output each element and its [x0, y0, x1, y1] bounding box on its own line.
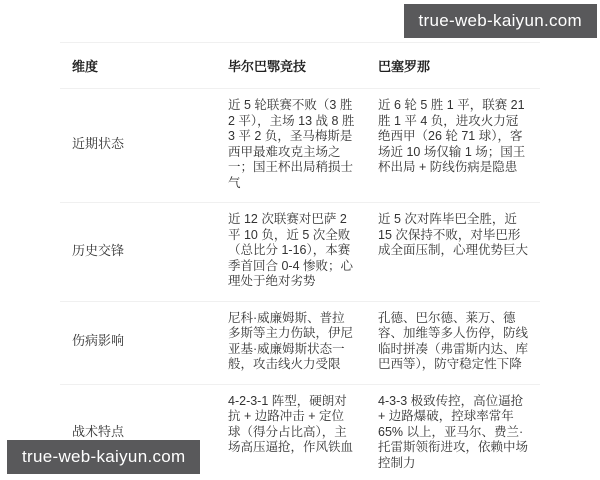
- table-body: 近期状态 近 5 轮联赛不败（3 胜 2 平），主场 13 战 8 胜 3 平 …: [60, 89, 540, 480]
- bilbao-cell: 尼科·威廉姆斯、普拉多斯等主力伤缺，伊尼亚基·威廉姆斯状态一般，攻击线火力受限: [216, 301, 366, 384]
- team-comparison-table: 维度 毕尔巴鄂竞技 巴塞罗那 近期状态 近 5 轮联赛不败（3 胜 2 平），主…: [60, 42, 540, 480]
- page: true-web-kaiyun.com 维度 毕尔巴鄂竞技 巴塞罗那 近期状态 …: [0, 0, 600, 480]
- row-label: 伤病影响: [60, 301, 216, 384]
- barcelona-cell: 4-3-3 极致传控，高位逼抢 + 边路爆破，控球率常年 65% 以上，亚马尔、…: [366, 384, 540, 480]
- col-header-barcelona: 巴塞罗那: [366, 43, 540, 89]
- row-label: 历史交锋: [60, 203, 216, 302]
- watermark-top: true-web-kaiyun.com: [404, 4, 597, 38]
- table-row-injuries: 伤病影响 尼科·威廉姆斯、普拉多斯等主力伤缺，伊尼亚基·威廉姆斯状态一般，攻击线…: [60, 301, 540, 384]
- table-header: 维度 毕尔巴鄂竞技 巴塞罗那: [60, 43, 540, 89]
- col-header-dimension: 维度: [60, 43, 216, 89]
- bilbao-cell: 近 12 次联赛对巴萨 2 平 10 负，近 5 次全败（总比分 1-16），本…: [216, 203, 366, 302]
- barcelona-cell: 近 6 轮 5 胜 1 平，联赛 21 胜 1 平 4 负，进攻火力冠绝西甲（2…: [366, 89, 540, 203]
- col-header-bilbao: 毕尔巴鄂竞技: [216, 43, 366, 89]
- watermark-bottom: true-web-kaiyun.com: [7, 440, 200, 474]
- header-row: 维度 毕尔巴鄂竞技 巴塞罗那: [60, 43, 540, 89]
- bilbao-cell: 近 5 轮联赛不败（3 胜 2 平），主场 13 战 8 胜 3 平 2 负，圣…: [216, 89, 366, 203]
- bilbao-cell: 4-2-3-1 阵型，硬朗对抗 + 边路冲击 + 定位球（得分占比高），主场高压…: [216, 384, 366, 480]
- table-row-head-to-head: 历史交锋 近 12 次联赛对巴萨 2 平 10 负，近 5 次全败（总比分 1-…: [60, 203, 540, 302]
- barcelona-cell: 孔德、巴尔德、莱万、德容、加维等多人伤停，防线临时拼凑（弗雷斯内达、库巴西等），…: [366, 301, 540, 384]
- barcelona-cell: 近 5 次对阵毕巴全胜，近 15 次保持不败，对毕巴形成全面压制，心理优势巨大: [366, 203, 540, 302]
- table-row-recent-form: 近期状态 近 5 轮联赛不败（3 胜 2 平），主场 13 战 8 胜 3 平 …: [60, 89, 540, 203]
- row-label: 近期状态: [60, 89, 216, 203]
